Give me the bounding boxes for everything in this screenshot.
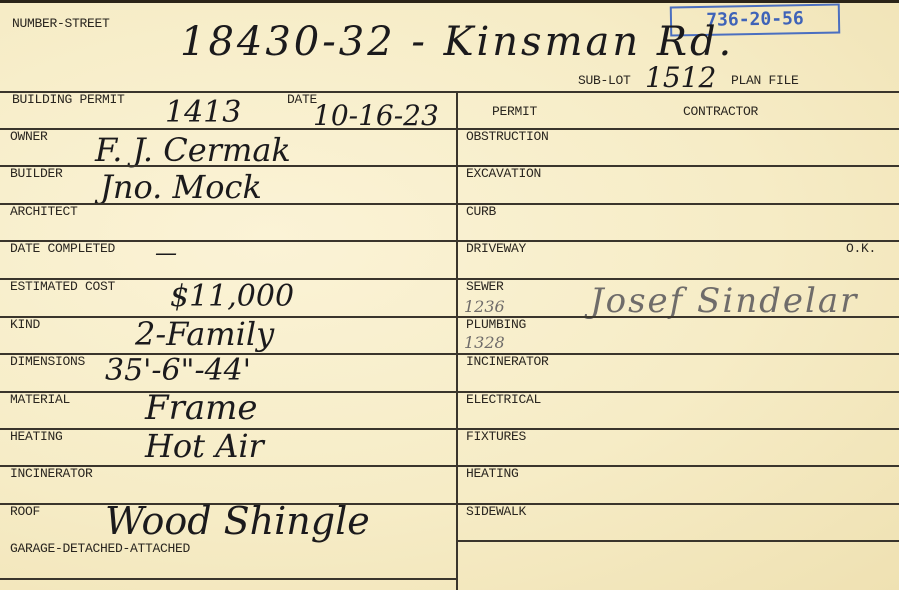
plumbing-permit-number: 1328 bbox=[464, 333, 505, 352]
number-street-value: 18430-32 - Kinsman Rd. bbox=[180, 19, 734, 65]
field-label: GARAGE-DETACHED-ATTACHED bbox=[10, 541, 190, 556]
number-street-label: NUMBER-STREET bbox=[12, 16, 110, 31]
permit-type-label: SEWER bbox=[466, 279, 504, 294]
contractor-column-header: CONTRACTOR bbox=[683, 104, 758, 119]
field-label: ARCHITECT bbox=[10, 204, 78, 219]
divider bbox=[0, 578, 456, 580]
divider bbox=[0, 128, 456, 130]
sub-lot-value: 1512 bbox=[645, 61, 716, 94]
plumbing-contractor: Josef Sindelar bbox=[590, 281, 858, 321]
field-label: DATE COMPLETED bbox=[10, 241, 115, 256]
permit-type-label: FIXTURES bbox=[466, 429, 526, 444]
building-permit-value: 1413 bbox=[165, 95, 241, 130]
field-value: 35'-6"-44' bbox=[105, 353, 251, 388]
field-label: HEATING bbox=[10, 429, 63, 444]
permit-type-label: CURB bbox=[466, 204, 496, 219]
field-label: OWNER bbox=[10, 129, 48, 144]
permit-type-label: EXCAVATION bbox=[466, 166, 541, 181]
field-label: KIND bbox=[10, 317, 40, 332]
permit-type-label: SIDEWALK bbox=[466, 504, 526, 519]
field-value: Jno. Mock bbox=[100, 168, 262, 206]
divider bbox=[0, 165, 456, 167]
divider bbox=[0, 91, 899, 93]
permit-type-label: HEATING bbox=[466, 466, 519, 481]
field-value: Wood Shingle bbox=[105, 499, 370, 543]
field-label: INCINERATOR bbox=[10, 466, 93, 481]
divider bbox=[456, 203, 899, 205]
field-value: Frame bbox=[145, 388, 257, 428]
field-value: Hot Air bbox=[145, 427, 264, 465]
field-value: 2-Family bbox=[135, 315, 274, 353]
field-value: $11,000 bbox=[170, 279, 294, 314]
permit-status: O.K. bbox=[846, 241, 876, 256]
permit-type-label: PLUMBING bbox=[466, 317, 526, 332]
permit-type-label: DRIVEWAY bbox=[466, 241, 526, 256]
field-label: BUILDER bbox=[10, 166, 63, 181]
divider bbox=[456, 465, 899, 467]
permit-type-label: OBSTRUCTION bbox=[466, 129, 549, 144]
field-value: F. J. Cermak bbox=[95, 131, 291, 169]
plan-file-label: PLAN FILE bbox=[731, 73, 799, 88]
field-label: MATERIAL bbox=[10, 392, 70, 407]
divider bbox=[456, 540, 899, 542]
permit-card: 736-20-56 NUMBER-STREET 18430-32 - Kinsm… bbox=[0, 0, 899, 590]
field-label: DIMENSIONS bbox=[10, 354, 85, 369]
sewer-permit-number: 1236 bbox=[464, 297, 505, 316]
divider bbox=[456, 278, 899, 280]
permit-type-label: INCINERATOR bbox=[466, 354, 549, 369]
permit-type-label: ELECTRICAL bbox=[466, 392, 541, 407]
field-label: ROOF bbox=[10, 504, 40, 519]
field-value: — bbox=[155, 241, 177, 266]
field-label: ESTIMATED COST bbox=[10, 279, 115, 294]
building-permit-label: BUILDING PERMIT bbox=[12, 92, 125, 107]
sub-lot-label: SUB-LOT bbox=[578, 73, 631, 88]
permit-column-header: PERMIT bbox=[492, 104, 537, 119]
